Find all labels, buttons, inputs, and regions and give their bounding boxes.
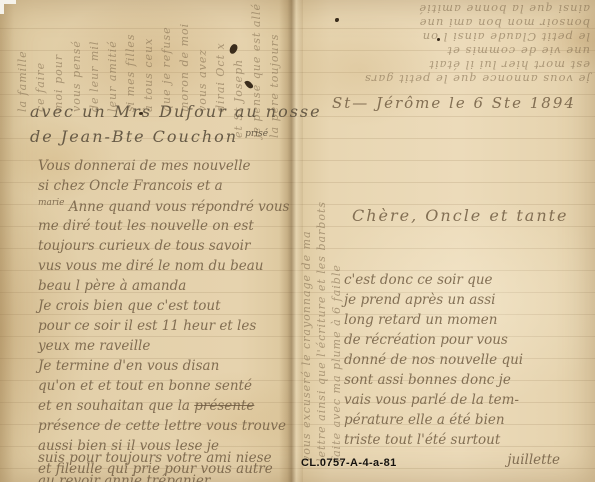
cross-writing-line: à tous ceux: [140, 12, 158, 112]
body-line: c'est donc ce soir que: [344, 272, 574, 292]
cross-writing-line: si mes filles: [122, 12, 140, 112]
cross-writing-line: moi pour: [50, 12, 68, 112]
body-line: si chez Oncle Francois et a: [38, 178, 293, 198]
body-line: vus vous me diré le nom du beau: [38, 258, 293, 278]
cross-writing-line: une vie de commis et: [308, 44, 590, 58]
right-body-block: c'est donc ce soir que je prend après un…: [344, 272, 574, 472]
archive-label: CL.0757-A-4-a-81: [301, 457, 397, 469]
body-line: pérature elle a été bien: [344, 412, 574, 432]
body-line: me diré tout les nouvelle on est: [38, 218, 293, 238]
cross-writing-line: faite avec ma plume à 6 faible: [329, 164, 344, 462]
body-line: de récréation pour vous: [344, 332, 574, 352]
body-line: de Jean-Bte Couchon prisé: [30, 123, 322, 148]
cross-writing-line: lettre ainsi que l'écriture et les barbo…: [314, 164, 329, 462]
margin-writing-block: vous excuseré le crayonnage de ma lettre…: [299, 164, 344, 462]
body-line: Vous donnerai de mes nouvelle: [38, 158, 293, 178]
dateline: St— Jérôme le 6 Ste 1894: [332, 94, 576, 112]
body-line: avec un Mrs Dufour au nosse: [30, 100, 322, 123]
body-line: donné de nos nouvelle qui: [344, 352, 574, 372]
body-line: pour ce soir il est 11 heur et les: [38, 318, 293, 338]
cross-writing-line: vous excuseré le crayonnage de ma: [299, 164, 314, 462]
body-line: marie Anne quand vous répondré vous: [38, 198, 293, 218]
body-line: suis pour toujours votre ami niese: [38, 450, 293, 462]
cross-writing-line: ainsi que la bonne amitié: [308, 2, 590, 16]
cross-writing-line: je pense que est allé trouver: [248, 12, 266, 112]
cross-writing-line: le petit Claude ainsi l on: [308, 30, 590, 44]
body-line: beau l père à amanda: [38, 278, 293, 298]
body-line: et fileulle qui prie pour vous autre: [38, 461, 293, 473]
cross-writing-line: vous avez: [194, 12, 212, 112]
body-line: qu'on et et tout en bonne senté: [38, 378, 293, 398]
cross-writing-line: vous pensé: [68, 12, 86, 112]
cross-writing-line: de leur mil: [86, 12, 104, 112]
paper-corner: [0, 0, 4, 14]
body-line: long retard un momen: [344, 312, 574, 332]
body-line: présence de cette lettre vous trouve: [38, 418, 293, 438]
body-line: Je crois bien que c'est tout: [38, 298, 293, 318]
cross-writing-line: et St Joseph: [230, 12, 248, 112]
cross-writing-line: est mort hier lui il était: [308, 58, 590, 72]
salutation: Chère, Oncle et tante: [352, 206, 569, 225]
cross-writing-line: ce faire: [32, 12, 50, 112]
cross-writing-block: la famille ce faire moi pour vous pensé …: [14, 12, 284, 112]
body-line: vais vous parlé de la tem-: [344, 392, 574, 412]
body-line: aussi bien si il vous lese je: [38, 438, 293, 450]
letter-scan: la famille ce faire moi pour vous pensé …: [0, 0, 595, 482]
body-line: et en souhaitan que la présente: [38, 398, 293, 418]
cross-writing-line: dirai Oct x: [212, 12, 230, 112]
cross-writing-line: leur amitié: [104, 12, 122, 112]
cross-writing-line: la famille: [14, 12, 32, 112]
cross-writing-line: moron de moi: [176, 12, 194, 112]
body-line: je prend après un assi: [344, 292, 574, 312]
body-line: Je termine d'en vous disan: [38, 358, 293, 378]
upside-down-block: je vous annonce que le petit gars est mo…: [308, 2, 590, 86]
cross-writing-line: je vous annonce que le petit gars: [308, 72, 590, 86]
body-line: yeux me raveille: [38, 338, 293, 358]
body-line: triste tout l'été surtout: [344, 432, 574, 452]
body-line: sont assi bonnes donc je: [344, 372, 574, 392]
cross-writing-line: la père toujours: [266, 12, 284, 112]
mid-lines-block: avec un Mrs Dufour au nosse de Jean-Bte …: [30, 100, 322, 148]
left-body-block: Vous donnerai de mes nouvelle si chez On…: [38, 158, 293, 482]
cross-writing-line: que je refuse: [158, 12, 176, 112]
cross-writing-line: bonsoir mon bon ami une: [308, 16, 590, 30]
body-line: toujours curieux de tous savoir: [38, 238, 293, 258]
